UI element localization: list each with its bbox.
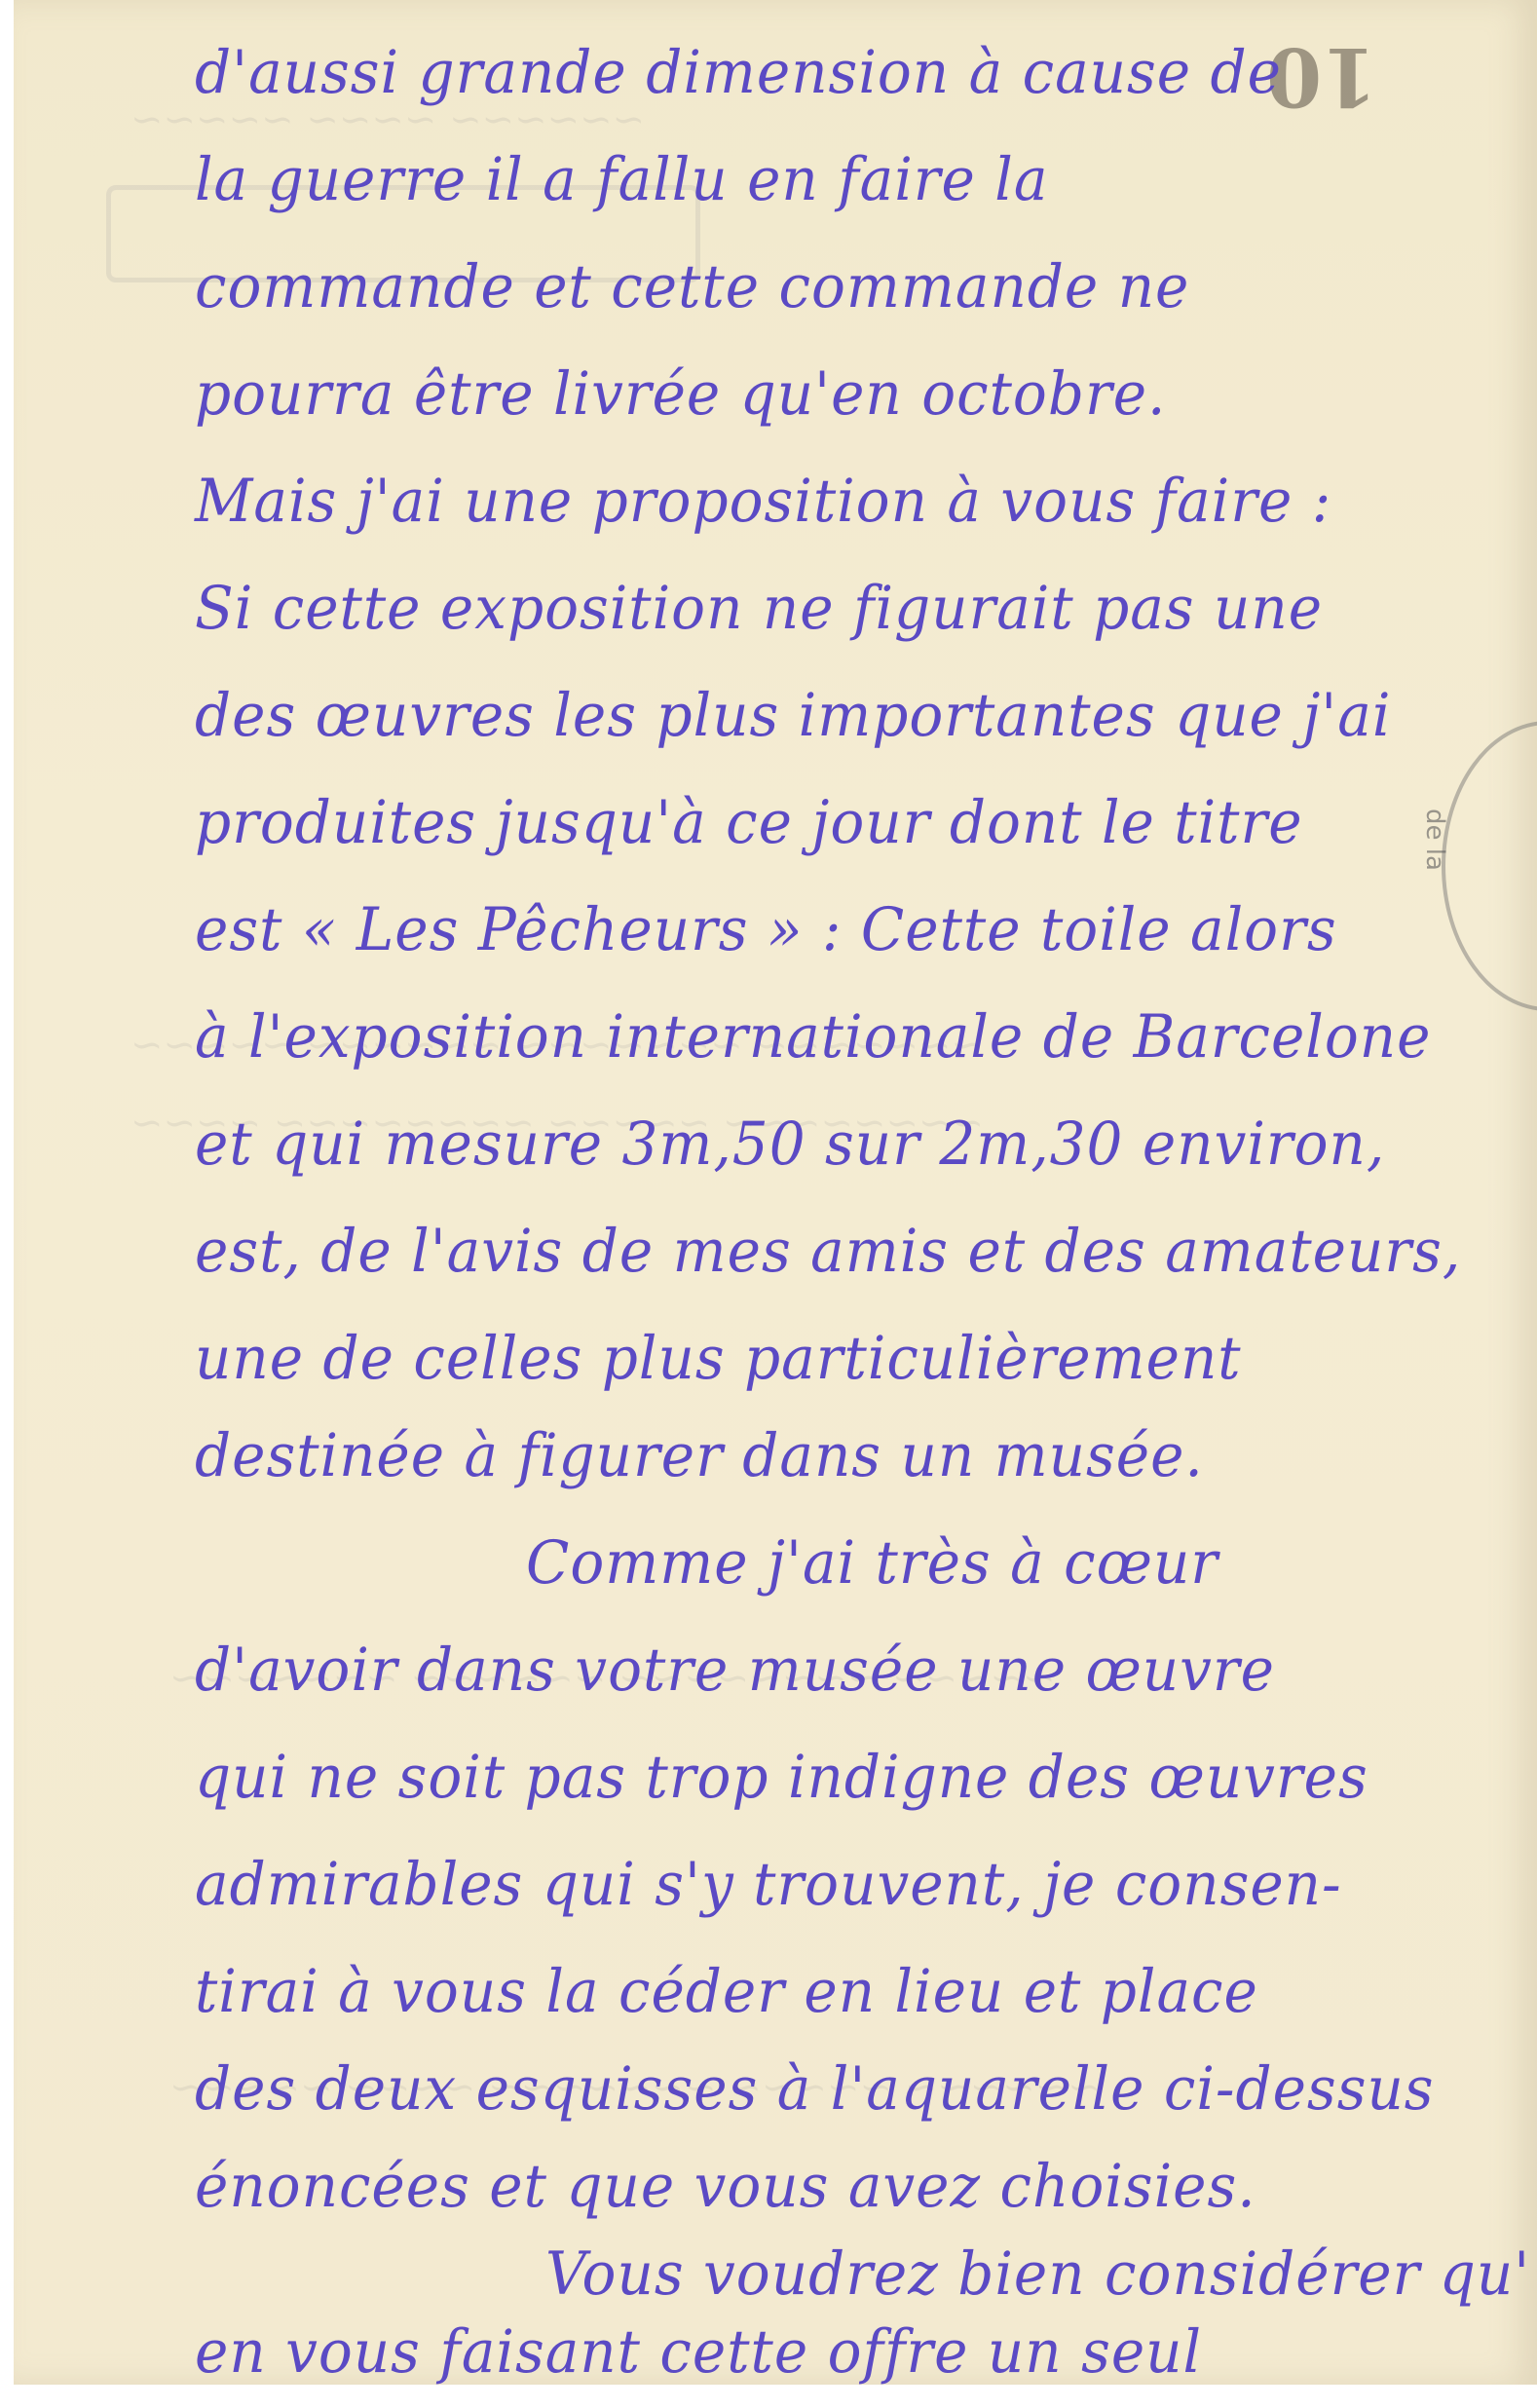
letter-line: à l'exposition internationale de Barcelo… [195,1001,1431,1071]
letter-line: la guerre il a fallu en faire la [195,144,1048,213]
letter-page: ~~~~~~ ~~~~ ~~~~~ ~~~~~~~ ~~~~~~~ ~~~~~~… [14,0,1537,2385]
letter-line: pourra être livrée qu'en octobre. [195,358,1166,428]
letter-line: tirai à vous la céder en lieu et place [195,1956,1258,2025]
letter-line: admirables qui s'y trouvent, je consen- [195,1849,1342,1918]
letter-line: qui ne soit pas trop indigne des œuvres [195,1742,1368,1811]
letter-line: et qui mesure 3m,50 sur 2m,30 environ, [195,1109,1385,1178]
letter-line: produites jusqu'à ce jour dont le titre [195,787,1303,856]
letter-line: est « Les Pêcheurs » : Cette toile alors [195,894,1337,963]
letter-line: est, de l'avis de mes amis et des amateu… [195,1216,1461,1285]
letter-line: des deux esquisses à l'aquarelle ci-dess… [195,2053,1435,2123]
folio-number: 10 [1266,29,1377,123]
letter-line: Comme j'ai très à cœur [526,1527,1218,1597]
seal-text: de la [1420,809,1449,871]
letter-line: Vous voudrez bien considérer qu' [545,2239,1530,2308]
letter-line: d'aussi grande dimension à cause de [195,37,1282,106]
letter-line: des œuvres les plus importantes que j'ai [195,680,1391,749]
letter-line: d'avoir dans votre musée une œuvre [195,1635,1275,1704]
letter-line: destinée à figurer dans un musée. [195,1420,1204,1489]
letter-line: Si cette exposition ne figurait pas une [195,573,1323,642]
letter-line: énoncées et que vous avez choisies. [195,2151,1256,2220]
letter-line: Mais j'ai une proposition à vous faire : [195,466,1331,535]
letter-line: en vous faisant cette offre un seul [195,2316,1202,2386]
letter-line: commande et cette commande ne [195,251,1189,320]
letter-line: une de celles plus particulièrement [195,1323,1242,1392]
